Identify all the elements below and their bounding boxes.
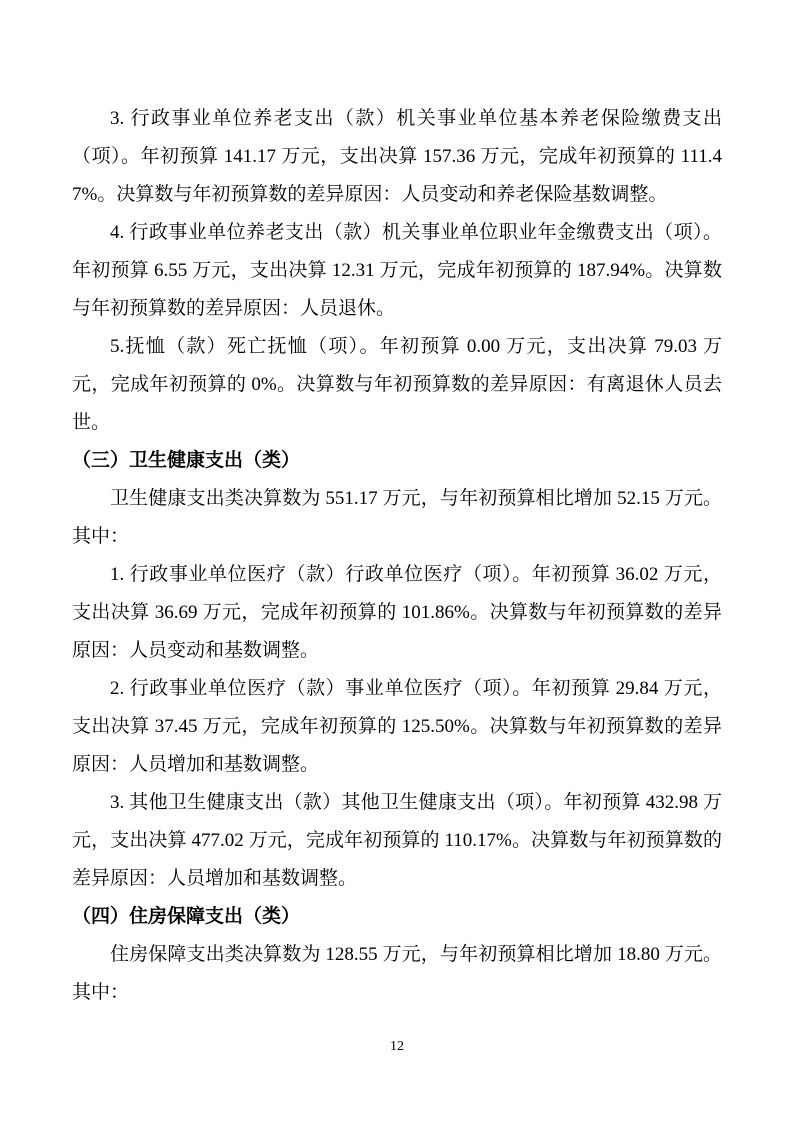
section-heading-health-expenditure: （三）卫生健康支出（类） [72,442,722,480]
paragraph-health-summary: 卫生健康支出类决算数为 551.17 万元，与年初预算相比增加 52.15 万元… [72,480,722,556]
paragraph-death-benefit: 5.抚恤（款）死亡抚恤（项）。年初预算 0.00 万元，支出决算 79.03 万… [72,328,722,442]
paragraph-other-health-expenditure: 3. 其他卫生健康支出（款）其他卫生健康支出（项）。年初预算 432.98 万元… [72,784,722,898]
section-heading-housing-expenditure: （四）住房保障支出（类） [72,898,722,936]
paragraph-housing-summary: 住房保障支出类决算数为 128.55 万元，与年初预算相比增加 18.80 万元… [72,936,722,1012]
paragraph-pension-basic-insurance: 3. 行政事业单位养老支出（款）机关事业单位基本养老保险缴费支出（项）。年初预算… [72,100,722,214]
document-content: 3. 行政事业单位养老支出（款）机关事业单位基本养老保险缴费支出（项）。年初预算… [72,100,722,1012]
document-page: 3. 行政事业单位养老支出（款）机关事业单位基本养老保险缴费支出（项）。年初预算… [0,0,794,1123]
paragraph-pension-annuity: 4. 行政事业单位养老支出（款）机关事业单位职业年金缴费支出（项）。年初预算 6… [72,214,722,328]
page-number: 12 [0,1038,794,1056]
paragraph-admin-unit-medical: 1. 行政事业单位医疗（款）行政单位医疗（项）。年初预算 36.02 万元，支出… [72,556,722,670]
paragraph-public-unit-medical: 2. 行政事业单位医疗（款）事业单位医疗（项）。年初预算 29.84 万元，支出… [72,670,722,784]
